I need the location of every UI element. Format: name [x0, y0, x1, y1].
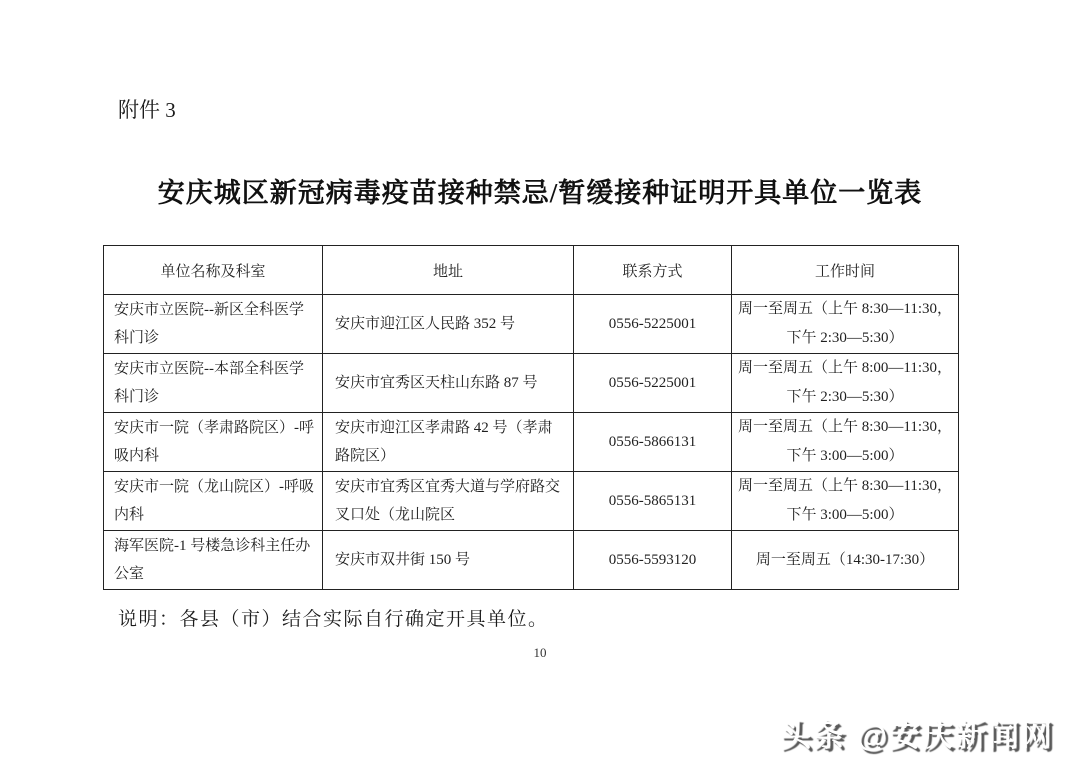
hours-line: 下午 3:00—5:00）	[734, 442, 956, 471]
unit-cell: 安庆市一院（龙山院区）-呼吸内科	[104, 472, 323, 531]
hours-cell: 周一至周五（上午 8:30—11:30， 下午 2:30—5:30）	[732, 295, 959, 354]
address-cell: 安庆市宜秀区天柱山东路 87 号	[323, 354, 574, 413]
footnote: 说明：各县（市）结合实际自行确定开具单位。	[118, 604, 549, 631]
hours-line: 周一至周五（上午 8:30—11:30，	[734, 295, 956, 324]
unit-cell: 海军医院-1 号楼急诊科主任办公室	[104, 531, 323, 590]
unit-cell: 安庆市立医院--新区全科医学科门诊	[104, 295, 323, 354]
page-number: 10	[0, 645, 1080, 661]
table-header-row: 单位名称及科室 地址 联系方式 工作时间	[104, 246, 959, 295]
hours-line: 周一至周五（上午 8:30—11:30，	[734, 413, 956, 442]
header-contact: 联系方式	[574, 246, 732, 295]
contact-cell: 0556-5593120	[574, 531, 732, 590]
hours-cell: 周一至周五（14:30-17:30）	[732, 531, 959, 590]
attachment-label: 附件 3	[118, 94, 176, 124]
address-cell: 安庆市迎江区孝肃路 42 号（孝肃路院区）	[323, 413, 574, 472]
contact-cell: 0556-5225001	[574, 295, 732, 354]
contact-cell: 0556-5865131	[574, 472, 732, 531]
address-cell: 安庆市双井街 150 号	[323, 531, 574, 590]
hours-cell: 周一至周五（上午 8:00—11:30， 下午 2:30—5:30）	[732, 354, 959, 413]
watermark: 头条 @安庆新闻网	[780, 710, 1054, 755]
hours-cell: 周一至周五（上午 8:30—11:30， 下午 3:00—5:00）	[732, 413, 959, 472]
hours-cell: 周一至周五（上午 8:30—11:30， 下午 3:00—5:00）	[732, 472, 959, 531]
table-row: 安庆市立医院--本部全科医学科门诊 安庆市宜秀区天柱山东路 87 号 0556-…	[104, 354, 959, 413]
table-row: 海军医院-1 号楼急诊科主任办公室 安庆市双井街 150 号 0556-5593…	[104, 531, 959, 590]
hours-line: 周一至周五（14:30-17:30）	[734, 546, 956, 575]
address-cell: 安庆市迎江区人民路 352 号	[323, 295, 574, 354]
contact-cell: 0556-5866131	[574, 413, 732, 472]
table-row: 安庆市一院（龙山院区）-呼吸内科 安庆市宜秀区宜秀大道与学府路交叉口处（龙山院区…	[104, 472, 959, 531]
address-cell: 安庆市宜秀区宜秀大道与学府路交叉口处（龙山院区	[323, 472, 574, 531]
hours-line: 周一至周五（上午 8:30—11:30，	[734, 472, 956, 501]
hours-line: 下午 2:30—5:30）	[734, 324, 956, 353]
unit-cell: 安庆市立医院--本部全科医学科门诊	[104, 354, 323, 413]
contact-cell: 0556-5225001	[574, 354, 732, 413]
page-title: 安庆城区新冠病毒疫苗接种禁忌/暂缓接种证明开具单位一览表	[0, 171, 1080, 210]
hours-line: 下午 2:30—5:30）	[734, 383, 956, 412]
unit-cell: 安庆市一院（孝肃路院区）-呼吸内科	[104, 413, 323, 472]
header-address: 地址	[323, 246, 574, 295]
table-row: 安庆市一院（孝肃路院区）-呼吸内科 安庆市迎江区孝肃路 42 号（孝肃路院区） …	[104, 413, 959, 472]
header-unit: 单位名称及科室	[104, 246, 323, 295]
table-row: 安庆市立医院--新区全科医学科门诊 安庆市迎江区人民路 352 号 0556-5…	[104, 295, 959, 354]
units-table: 单位名称及科室 地址 联系方式 工作时间 安庆市立医院--新区全科医学科门诊 安…	[103, 245, 959, 590]
hours-line: 下午 3:00—5:00）	[734, 501, 956, 530]
hours-line: 周一至周五（上午 8:00—11:30，	[734, 354, 956, 383]
document-page: 附件 3 安庆城区新冠病毒疫苗接种禁忌/暂缓接种证明开具单位一览表 单位名称及科…	[0, 0, 1080, 764]
header-hours: 工作时间	[732, 246, 959, 295]
